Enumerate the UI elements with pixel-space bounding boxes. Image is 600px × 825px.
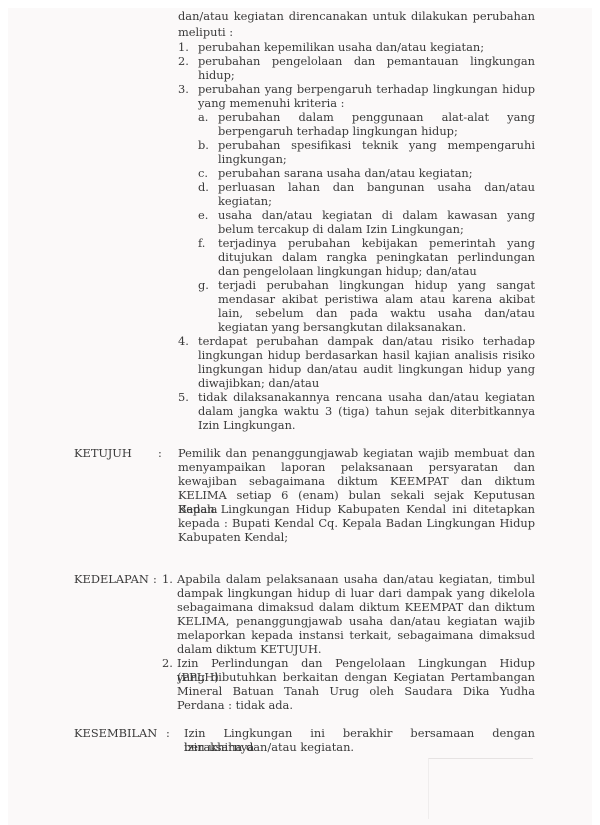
kedelapan-item-number: 2.	[162, 656, 173, 670]
sub-list-letter: b.	[198, 138, 209, 152]
intro-line: dan/atau kegiatan direncanakan untuk dil…	[178, 9, 535, 23]
kedelapan-item-line: melaporkan kepada instansi terkait, seba…	[177, 628, 535, 642]
sub-list-item-line: kegiatan yang bersangkutan dilaksanakan.	[218, 320, 466, 334]
kedelapan-item-line: Perdana : tidak ada.	[177, 698, 293, 712]
sub-list-item-line: berpengaruh terhadap lingkungan hidup;	[218, 124, 458, 138]
ketujuh-text-line: Kabupaten Kendal;	[178, 530, 288, 544]
list-item-line: perubahan pengelolaan dan pemantauan lin…	[198, 54, 535, 68]
sub-list-item-line: mendasar akibat peristiwa alam atau kare…	[218, 292, 535, 306]
sub-list-letter: e.	[198, 208, 208, 222]
sub-list-item-line: perluasan lahan dan bangunan usaha dan/a…	[218, 180, 535, 194]
list-item-line: perubahan yang berpengaruh terhadap ling…	[198, 82, 535, 96]
list-item-line: terdapat perubahan dampak dan/atau risik…	[198, 334, 535, 348]
sub-list-letter: g.	[198, 278, 209, 292]
sub-list-item-line: perubahan sarana usaha dan/atau kegiatan…	[218, 166, 473, 180]
list-item-line: perubahan kepemilikan usaha dan/atau keg…	[198, 40, 484, 54]
sub-list-item-line: lain, sebelum dan pada waktu usaha dan/a…	[218, 306, 535, 320]
sub-list-item-line: perubahan dalam penggunaan alat-alat yan…	[218, 110, 535, 124]
ketujuh-text-line: menyampaikan laporan pelaksanaan persyar…	[178, 460, 535, 474]
ketujuh-text-line: Pemilik dan penanggungjawab kegiatan waj…	[178, 446, 535, 460]
list-item-line: tidak dilaksanakannya rencana usaha dan/…	[198, 390, 535, 404]
kedelapan-item-line: sebagaimana dimaksud dalam diktum KEEMPA…	[177, 600, 535, 614]
list-item-line: lingkungan hidup dan/atau audit lingkung…	[198, 362, 535, 376]
kedelapan-item-line: dampak lingkungan hidup di luar dari dam…	[177, 586, 535, 600]
sub-list-letter: d.	[198, 180, 209, 194]
list-item-line: hidup;	[198, 68, 235, 82]
kedelapan-item-line: dalam diktum KETUJUH.	[177, 642, 322, 656]
ketujuh-text-line: kepada : Bupati Kendal Cq. Kepala Badan …	[178, 516, 535, 530]
ketujuh-text-line: kewajiban sebagaimana diktum KEEMPAT dan…	[178, 474, 535, 488]
list-item-line: Izin Lingkungan.	[198, 418, 296, 432]
diktum-colon: :	[158, 446, 162, 460]
sub-list-letter: f.	[198, 236, 205, 250]
sub-list-item-line: usaha dan/atau kegiatan di dalam kawasan…	[218, 208, 535, 222]
sub-list-item-line: dan pengelolaan lingkungan hidup; dan/at…	[218, 264, 477, 278]
kedelapan-item-line: Apabila dalam pelaksanaan usaha dan/atau…	[177, 572, 535, 586]
sub-list-item-line: ditujukan dalam rangka peningkatan perli…	[218, 250, 535, 264]
kedelapan-item-line: Izin Perlindungan dan Pengelolaan Lingku…	[177, 656, 535, 670]
diktum-colon: :	[153, 572, 157, 586]
list-item-line: lingkungan hidup berdasarkan hasil kajia…	[198, 348, 535, 362]
diktum-label-kedelapan: KEDELAPAN	[74, 572, 149, 586]
intro-line: meliputi :	[178, 25, 233, 39]
list-number: 5.	[178, 390, 189, 404]
list-number: 1.	[178, 40, 189, 54]
kedelapan-item-line: Mineral Batuan Tanah Urug oleh Saudara D…	[177, 684, 535, 698]
sub-list-item-line: perubahan spesifikasi teknik yang mempen…	[218, 138, 535, 152]
list-number: 3.	[178, 82, 189, 96]
list-item-line: dalam jangka waktu 3 (tiga) tahun sejak …	[198, 404, 535, 418]
list-item-line: yang memenuhi kriteria :	[198, 96, 344, 110]
sub-list-letter: a.	[198, 110, 208, 124]
diktum-label-ketujuh: KETUJUH	[74, 446, 132, 460]
kesembilan-text-line: Izin Lingkungan ini berakhir bersamaan d…	[184, 726, 535, 740]
ketujuh-text-line: KELIMA setiap 6 (enam) bulan sekali seja…	[178, 488, 535, 502]
sub-list-item-line: lingkungan;	[218, 152, 287, 166]
kedelapan-item-number: 1.	[162, 572, 173, 586]
list-number: 4.	[178, 334, 189, 348]
scan-artifact	[428, 758, 533, 819]
scanned-document-page: dan/atau kegiatan direncanakan untuk dil…	[8, 8, 592, 825]
sub-list-letter: c.	[198, 166, 208, 180]
sub-list-item-line: terjadinya perubahan kebijakan pemerinta…	[218, 236, 535, 250]
sub-list-item-line: terjadi perubahan lingkungan hidup yang …	[218, 278, 535, 292]
kesembilan-text-line: izin usaha dan/atau kegiatan.	[184, 740, 354, 754]
diktum-label-kesembilan: KESEMBILAN	[74, 726, 157, 740]
diktum-colon: :	[166, 726, 170, 740]
list-number: 2.	[178, 54, 189, 68]
sub-list-item-line: belum tercakup di dalam Izin Lingkungan;	[218, 222, 464, 236]
sub-list-item-line: kegiatan;	[218, 194, 272, 208]
kedelapan-item-line: KELIMA, penanggungjawab usaha dan/atau k…	[177, 614, 535, 628]
kedelapan-item-line: yang dibutuhkan berkaitan dengan Kegiata…	[177, 670, 535, 684]
ketujuh-text-line: Badan Lingkungan Hidup Kabupaten Kendal …	[178, 502, 535, 516]
list-item-line: diwajibkan; dan/atau	[198, 376, 319, 390]
